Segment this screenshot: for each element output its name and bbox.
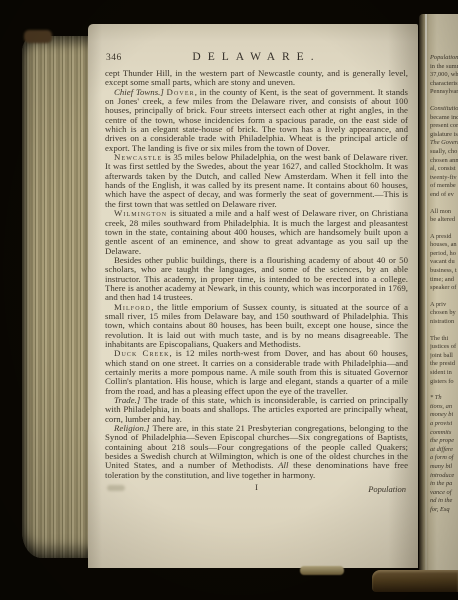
paragraph: Besides other public buildings, there is… xyxy=(105,256,408,303)
text-fragment: 37,000, whi xyxy=(430,71,458,80)
running-header: DELAWARE. xyxy=(105,50,408,63)
text-fragment: The Govern xyxy=(430,139,458,148)
text-segment: is 35 miles below Philadelphia, on the w… xyxy=(105,152,408,209)
page-number: 346 xyxy=(106,53,122,63)
text-fragment: * Th xyxy=(430,394,458,403)
text-fragment: the prope xyxy=(430,437,458,446)
text-fragment: period, ho xyxy=(430,250,458,259)
text-fragment: the presid xyxy=(430,360,458,369)
text-fragment: sually, cho xyxy=(430,148,458,157)
text-fragment: for, Esq xyxy=(430,506,458,515)
gutter-highlight xyxy=(425,14,427,574)
book-right-page-sliver: Populationin the summ37,000, whicharacte… xyxy=(419,14,458,574)
page-paragraphs: cept Thunder Hill, in the western part o… xyxy=(105,69,408,480)
text-fragment: houses, an xyxy=(430,241,458,250)
text-fragment: tions, an xyxy=(430,403,458,412)
text-fragment: money bi xyxy=(430,411,458,420)
text-fragment: nd in the xyxy=(430,497,458,506)
text-fragment: Pennsylvani xyxy=(430,88,458,97)
paragraph: Wilmington is situated a mile and a half… xyxy=(105,209,408,256)
text-fragment: a provisi xyxy=(430,420,458,429)
paragraph: Duck Creek, is 12 miles north-west from … xyxy=(105,349,408,396)
book-cover-corner xyxy=(24,30,52,43)
text-fragment: vance of xyxy=(430,489,458,498)
text-fragment: al, consist xyxy=(430,165,458,174)
paragraph: Milford, the little emporium of Sussex c… xyxy=(105,303,408,350)
right-page-text-fragments: Populationin the summ37,000, whicharacte… xyxy=(430,54,458,534)
text-fragment: end of ev xyxy=(430,191,458,200)
text-fragment: commits xyxy=(430,429,458,438)
book-photograph: 346 DELAWARE. cept Thunder Hill, in the … xyxy=(0,0,458,600)
text-fragment: characteristi xyxy=(430,80,458,89)
text-fragment: justices of xyxy=(430,343,458,352)
page-content-area: 346 DELAWARE. cept Thunder Hill, in the … xyxy=(105,50,408,496)
text-fragment: in the summ xyxy=(430,63,458,72)
text-fragment: chosen ann xyxy=(430,157,458,166)
text-fragment: a form of xyxy=(430,454,458,463)
text-fragment: in the pa xyxy=(430,480,458,489)
page-header-row: 346 DELAWARE. xyxy=(105,50,408,66)
text-segment: , the little emporium of Sussex county, … xyxy=(105,302,408,349)
text-fragment: joint ball xyxy=(430,352,458,361)
book-bottom-edge xyxy=(372,570,458,592)
text-fragment: gisters fo xyxy=(430,378,458,387)
text-segment: cept Thunder Hill, in the western part o… xyxy=(105,68,408,87)
text-fragment: The thi xyxy=(430,335,458,344)
text-fragment: twenty-fiv xyxy=(430,174,458,183)
paragraph: Chief Towns.] Dover, in the county of Ke… xyxy=(105,88,408,153)
text-fragment: present con xyxy=(430,122,458,131)
text-fragment: nistration xyxy=(430,318,458,327)
text-fragment: time; and xyxy=(430,276,458,285)
text-fragment: All mon xyxy=(430,208,458,217)
text-fragment: business, t xyxy=(430,267,458,276)
book-bottom-edge-nub xyxy=(300,566,344,575)
text-fragment: chosen by xyxy=(430,309,458,318)
catchword: Population xyxy=(368,484,406,494)
text-segment: Besides other public buildings, there is… xyxy=(105,255,408,302)
text-fragment: many bil xyxy=(430,463,458,472)
text-fragment: at differe xyxy=(430,446,458,455)
text-segment: The trade of this state, which is incons… xyxy=(105,395,408,424)
text-fragment: of membe xyxy=(430,182,458,191)
text-fragment: A presid xyxy=(430,233,458,242)
text-fragment: vacant du xyxy=(430,258,458,267)
text-fragment: Constitutio xyxy=(430,105,458,114)
paragraph: cept Thunder Hill, in the western part o… xyxy=(105,69,408,88)
text-fragment: Population xyxy=(430,54,458,63)
text-fragment: speaker of xyxy=(430,284,458,293)
paragraph: Trade.] The trade of this state, which i… xyxy=(105,396,408,424)
text-segment: , in the county of Kent, is the seat of … xyxy=(105,87,408,153)
text-fragment: be altered xyxy=(430,216,458,225)
signature-mark: I xyxy=(255,482,258,492)
text-fragment: A priv xyxy=(430,301,458,310)
book-left-page: 346 DELAWARE. cept Thunder Hill, in the … xyxy=(88,24,418,568)
page-footer-row: I Population xyxy=(105,482,408,496)
paragraph: Newcastle is 35 miles below Philadelphia… xyxy=(105,153,408,209)
book-fore-edge-pages xyxy=(22,36,94,558)
text-fragment: introduce xyxy=(430,472,458,481)
text-fragment: gislature is xyxy=(430,131,458,140)
ink-smudge xyxy=(107,485,125,491)
text-fragment: sident in xyxy=(430,369,458,378)
text-fragment: became inde xyxy=(430,114,458,123)
paragraph: Religion.] There are, in this state 21 P… xyxy=(105,424,408,480)
